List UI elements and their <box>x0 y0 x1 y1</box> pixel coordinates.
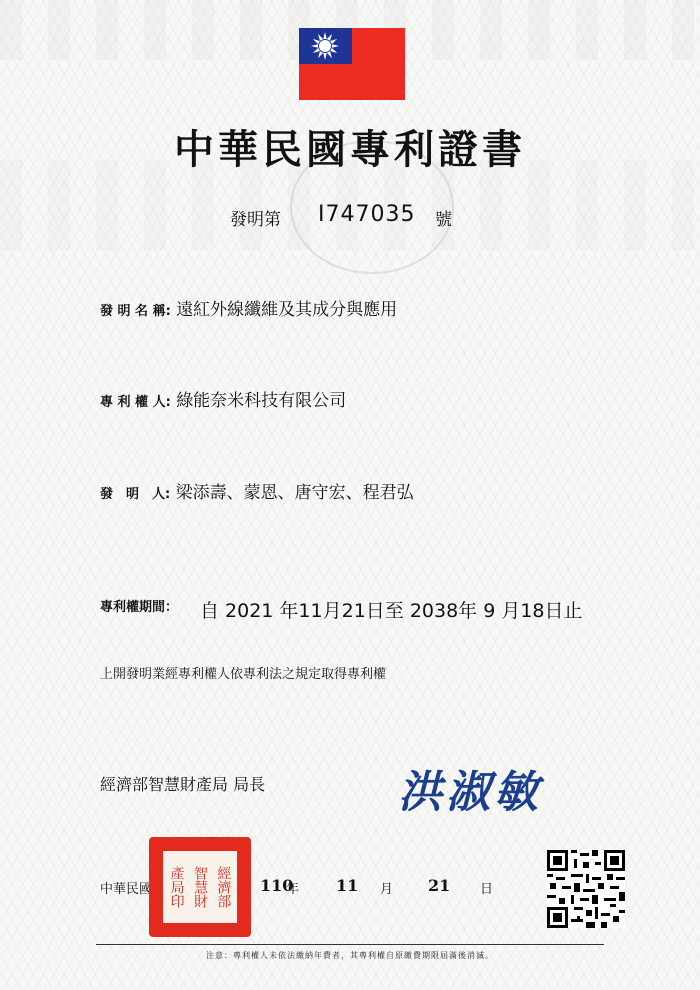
patentee-label: 專 利 權 人: <box>100 391 171 410</box>
date-month-unit: 月 <box>380 878 393 897</box>
grant-statement: 上開發明業經專利權人依專利法之規定取得專利權 <box>100 663 386 682</box>
invention-name-value: 遠紅外線纖維及其成分與應用 <box>176 300 397 320</box>
date-month: 11 <box>336 876 358 895</box>
patentee-value: 綠能奈米科技有限公司 <box>176 391 346 411</box>
footer-divider <box>96 944 604 945</box>
white-sun-icon <box>310 31 340 61</box>
patent-number: I747035 <box>318 202 415 227</box>
date-year-unit: 年 <box>286 878 299 897</box>
date-era: 中華民國 <box>100 878 152 897</box>
issuer-title: 經濟部智慧財產局 局長 <box>100 772 265 795</box>
inventors-row: 發 明 人: 梁添壽、蒙恩、唐守宏、程君弘 <box>100 478 414 503</box>
invention-name-label: 發 明 名 稱: <box>100 300 171 319</box>
date-day: 21 <box>428 876 450 895</box>
date-day-unit: 日 <box>480 878 493 897</box>
qr-code-graphic <box>547 850 625 928</box>
seal-column: 產局印 <box>168 853 186 921</box>
director-signature: 洪淑敏 <box>398 756 542 820</box>
annual-fee-notice: 注意：專利權人未依法繳納年費者，其專利權自原繳費期限屆滿後消滅。 <box>0 950 700 961</box>
patentee-row: 專 利 權 人: 綠能奈米科技有限公司 <box>100 386 346 411</box>
official-seal-icon: 經濟部 智慧財 產局印 <box>149 837 251 937</box>
seal-column: 智慧財 <box>191 853 209 921</box>
flag-icon <box>299 28 405 100</box>
term-value: 自 2021 年11月21日至 2038年 9 月18日止 <box>200 596 583 623</box>
patent-number-suffix: 號 <box>435 205 452 230</box>
inventors-value: 梁添壽、蒙恩、唐守宏、程君弘 <box>176 483 414 503</box>
invention-name-row: 發 明 名 稱: 遠紅外線纖維及其成分與應用 <box>100 295 397 320</box>
certificate-title: 中華民國專利證書 <box>0 118 700 175</box>
patent-number-prefix: 發明第 <box>230 205 281 230</box>
inventors-label: 發 明 人: <box>100 483 170 502</box>
seal-text: 經濟部 智慧財 產局印 <box>163 851 237 923</box>
qr-code-icon[interactable] <box>547 850 625 928</box>
seal-column: 經濟部 <box>214 853 232 921</box>
term-label: 專利權期間： <box>100 596 178 615</box>
